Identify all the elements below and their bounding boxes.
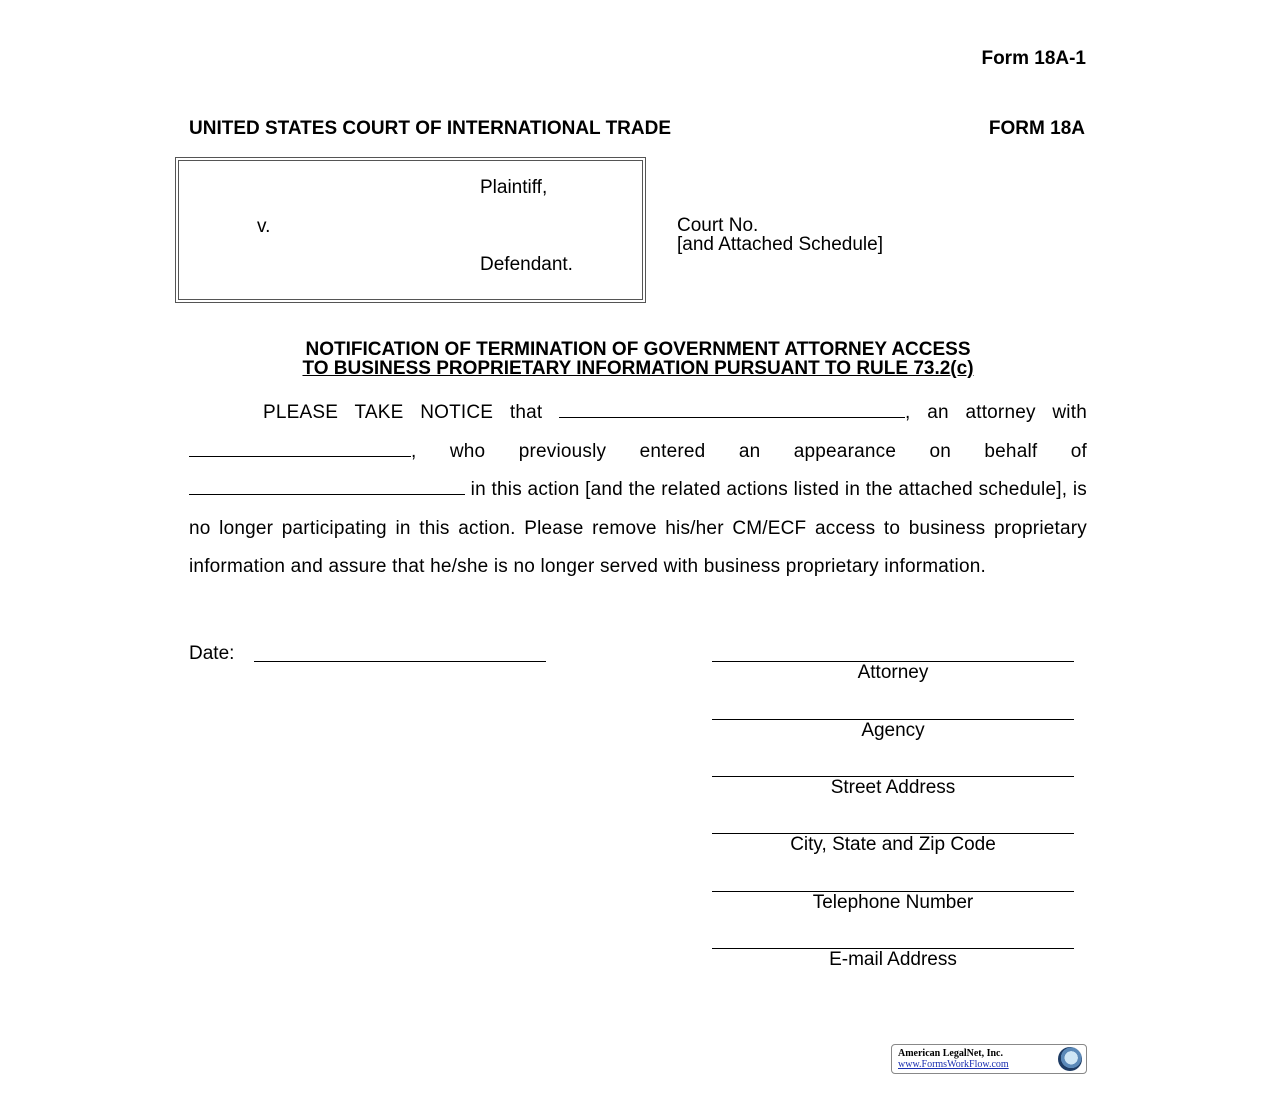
attached-schedule-label: [and Attached Schedule] — [677, 235, 883, 254]
email-label: E-mail Address — [712, 949, 1074, 971]
party-field[interactable] — [189, 476, 465, 495]
title-line-1: NOTIFICATION OF TERMINATION OF GOVERNMEN… — [189, 340, 1087, 359]
telephone-label: Telephone Number — [712, 892, 1074, 914]
form-number: FORM 18A — [989, 118, 1085, 140]
date-label: Date: — [189, 643, 234, 665]
versus-label: v. — [257, 216, 270, 238]
attorney-name-field[interactable] — [559, 399, 905, 418]
body-text-part-1: PLEASE TAKE NOTICE that — [263, 402, 559, 423]
city-state-zip-label: City, State and Zip Code — [712, 834, 1074, 856]
agency-label: Agency — [712, 720, 1074, 742]
publisher-name: American LegalNet, Inc. — [898, 1048, 1003, 1059]
plaintiff-label: Plaintiff, — [480, 177, 547, 199]
title-line-2: TO BUSINESS PROPRIETARY INFORMATION PURS… — [189, 359, 1087, 378]
signature-row-street: Street Address — [712, 776, 1074, 799]
signature-row-phone: Telephone Number — [712, 891, 1074, 914]
document-title: NOTIFICATION OF TERMINATION OF GOVERNMEN… — [189, 340, 1087, 378]
court-name: UNITED STATES COURT OF INTERNATIONAL TRA… — [189, 118, 671, 140]
signature-row-attorney: Attorney — [712, 661, 1074, 684]
agency-field[interactable] — [189, 438, 411, 457]
signature-row-agency: Agency — [712, 719, 1074, 742]
case-caption-box — [175, 157, 646, 303]
court-number-block: Court No. [and Attached Schedule] — [677, 216, 883, 254]
publisher-link[interactable]: www.FormsWorkFlow.com — [898, 1059, 1009, 1070]
signature-row-email: E-mail Address — [712, 948, 1074, 971]
body-text-part-3: , who previously entered an appearance o… — [411, 441, 1087, 462]
defendant-label: Defendant. — [480, 254, 573, 276]
body-text-part-2: , an attorney with — [905, 402, 1087, 423]
signature-row-city: City, State and Zip Code — [712, 833, 1074, 856]
form-id: Form 18A-1 — [981, 48, 1086, 70]
attorney-label: Attorney — [712, 662, 1074, 684]
notice-body: PLEASE TAKE NOTICE that , an attorney wi… — [189, 394, 1087, 587]
globe-logo-icon — [1058, 1047, 1082, 1071]
street-address-label: Street Address — [712, 777, 1074, 799]
publisher-badge[interactable]: American LegalNet, Inc. www.FormsWorkFlo… — [891, 1044, 1087, 1074]
date-field[interactable] — [254, 661, 546, 662]
court-no-label: Court No. — [677, 216, 883, 235]
